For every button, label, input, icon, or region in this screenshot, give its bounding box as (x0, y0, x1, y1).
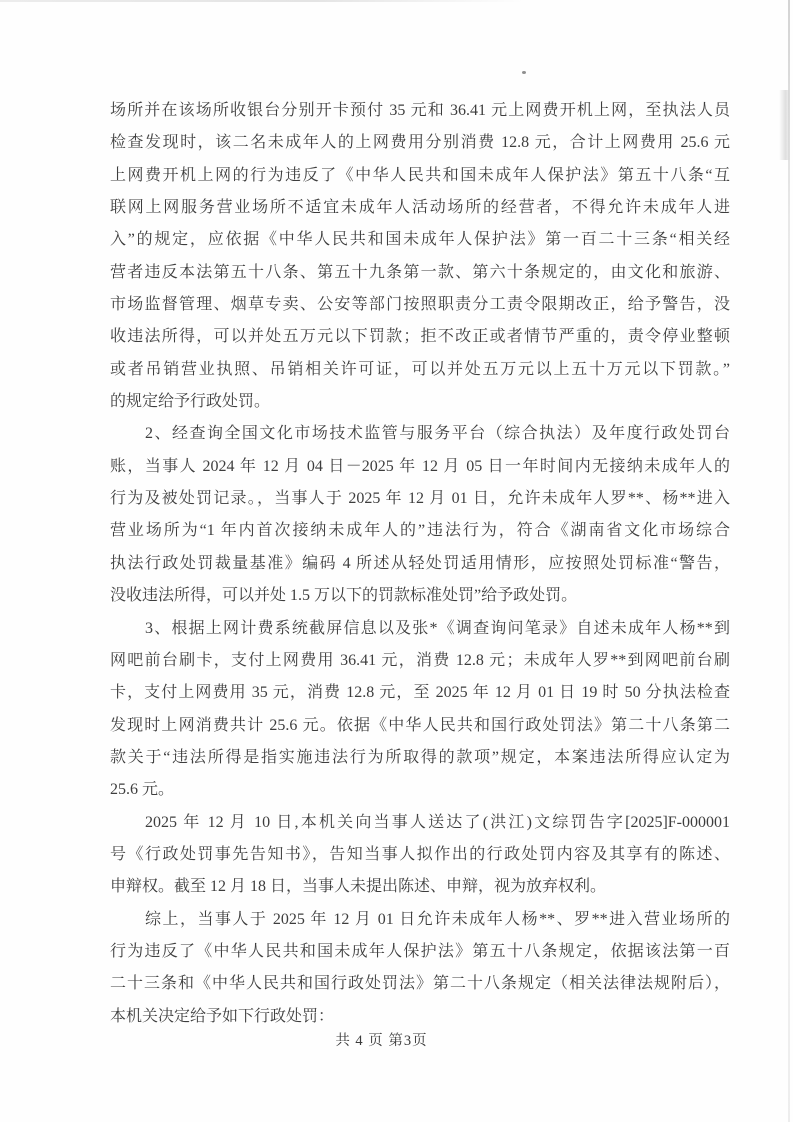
page-number-text: 共 4 页 第3页 (335, 1033, 427, 1049)
text-line: 营者违反本法第五十八条、第五十九条第一款、第六十条规定的，由文化和旅游、 (110, 257, 730, 289)
text-line: 或者吊销营业执照、吊销相关许可证，可以并处五万元以上五十万元以下罚款。” (110, 354, 730, 386)
text-line: 市场监督管理、烟草专卖、公安等部门按照职责分工责令限期改正，给予警告，没 (110, 289, 730, 321)
text-line: 网吧前台刷卡，支付上网费用 36.41 元，消费 12.8 元；未成年人罗**到… (110, 645, 730, 677)
text-line: 二十三条和《中华人民共和国行政处罚法》第二十八条规定（相关法律法规附后）， (110, 968, 730, 1000)
text-line: 行为违反了《中华人民共和国未成年人保护法》第五十八条规定，依据该法第一百 (110, 936, 730, 968)
text-line: 本机关决定给予如下行政处罚： (110, 1001, 730, 1033)
text-line: 上网费开机上网的行为违反了《中华人民共和国未成年人保护法》第五十八条“互 (110, 160, 730, 192)
text-line: 收违法所得，可以并处五万元以下罚款；拒不改正或者情节严重的，责令停业整顿 (110, 321, 730, 353)
text-line: 场所并在该场所收银台分别开卡预付 35 元和 36.41 元上网费开机上网，至执… (110, 95, 730, 127)
text-line: 检查发现时，该二名未成年人的上网费用分别消费 12.8 元，合计上网费用 25.… (110, 127, 730, 159)
text-line: 账，当事人 2024 年 12 月 04 日－2025 年 12 月 05 日一… (110, 451, 730, 483)
text-line: 3、根据上网计费系统截屏信息以及张*《调查询问笔录》自述未成年人杨**到 (110, 613, 730, 645)
text-line: 申辩权。截至 12 月 18 日，当事人未提出陈述、申辩，视为放弃权利。 (110, 871, 730, 903)
page-footer: 共 4 页 第3页 (0, 1031, 763, 1051)
text-line: 联网上网服务营业场所不适宜未成年人活动场所的经营者，不得允许未成年人进 (110, 192, 730, 224)
scan-speck-artifact (522, 71, 526, 74)
text-line: 发现时上网消费共计 25.6 元。依据《中华人民共和国行政处罚法》第二十八条第二 (110, 710, 730, 742)
scan-top-edge-artifact (0, 0, 525, 2)
text-line: 营业场所为“1 年内首次接纳未成年人的”违法行为，符合《湖南省文化市场综合 (110, 515, 730, 547)
text-line: 2025 年 12 月 10 日,本机关向当事人送达了(洪江)文综罚告字[202… (110, 807, 730, 839)
text-line: 卡，支付上网费用 35 元，消费 12.8 元，至 2025 年 12 月 01… (110, 677, 730, 709)
text-line: 款关于“违法所得是指实施违法行为所取得的款项”规定，本案违法所得应认定为 (110, 742, 730, 774)
text-line: 号《行政处罚事先告知书》，告知当事人拟作出的行政处罚内容及其享有的陈述、 (110, 839, 730, 871)
text-line: 入”的规定，应依据《中华人民共和国未成年人保护法》第一百二十三条“相关经 (110, 224, 730, 256)
scanned-document-page: 场所并在该场所收银台分别开卡预付 35 元和 36.41 元上网费开机上网，至执… (0, 0, 793, 1122)
text-line: 没收违法所得，可以并处 1.5 万以下的罚款标准处罚”给予政处罚。 (110, 580, 730, 612)
text-line: 的规定给予行政处罚。 (110, 386, 730, 418)
text-line: 行为及被处罚记录。，当事人于 2025 年 12 月 01 日，允许未成年人罗*… (110, 483, 730, 515)
text-line: 25.6 元。 (110, 774, 730, 806)
scan-right-edge-artifact (788, 0, 790, 1122)
text-line: 综上，当事人于 2025 年 12 月 01 日允许未成年人杨**、罗**进入营… (110, 904, 730, 936)
text-line: 执法行政处罚裁量基准》编码 4 所述从轻处罚适用情形，应按照处罚标准“警告， (110, 548, 730, 580)
text-line: 2、经查询全国文化市场技术监管与服务平台（综合执法）及年度行政处罚台 (110, 418, 730, 450)
scan-right-shadow-artifact (779, 90, 790, 160)
document-body: 场所并在该场所收银台分别开卡预付 35 元和 36.41 元上网费开机上网，至执… (110, 95, 730, 1033)
